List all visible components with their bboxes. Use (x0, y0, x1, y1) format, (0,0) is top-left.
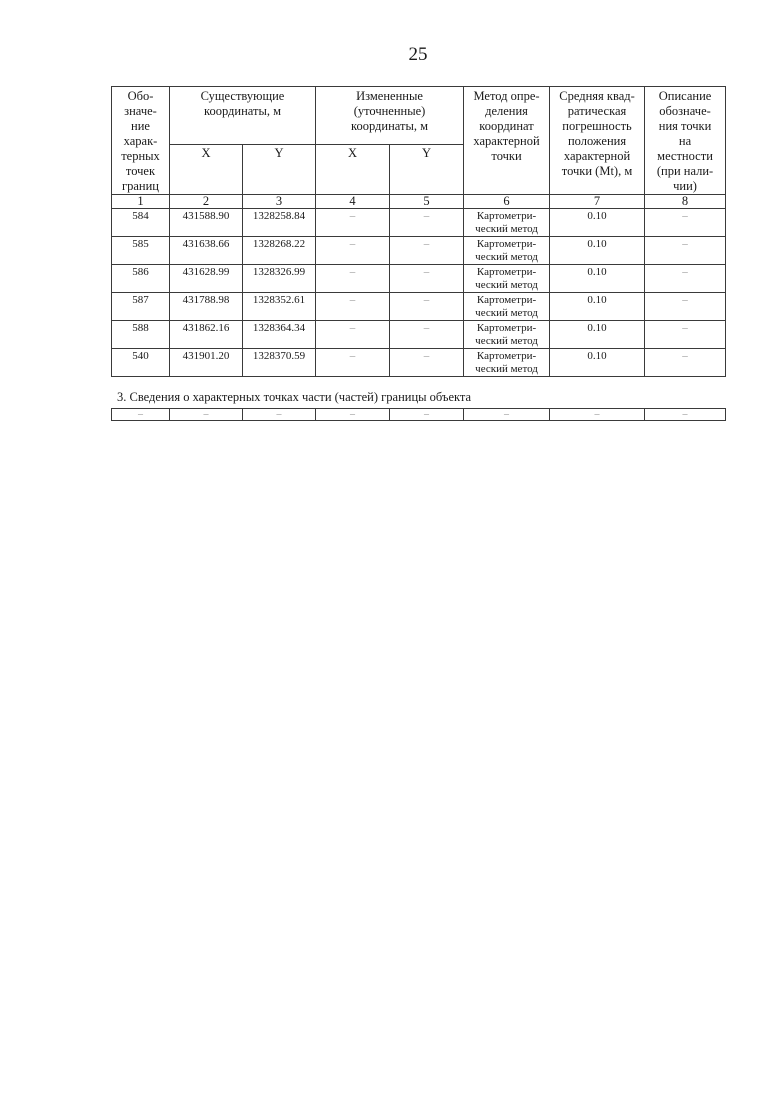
cell-changed-y: – (390, 293, 464, 321)
cell-point-id: 588 (112, 321, 170, 349)
header-description: Описание обозначе- ния точки на местност… (645, 87, 726, 195)
empty-cell: – (645, 409, 726, 421)
cell-changed-x: – (316, 321, 390, 349)
cell-mean-error: 0.10 (550, 349, 645, 377)
cell-changed-x: – (316, 293, 390, 321)
cell-description: – (645, 265, 726, 293)
cell-changed-y: – (390, 321, 464, 349)
cell-mean-error: 0.10 (550, 321, 645, 349)
cell-existing-y: 1328258.84 (243, 209, 316, 237)
cell-point-id: 587 (112, 293, 170, 321)
table-row: 587431788.981328352.61––Картометри- ческ… (112, 293, 726, 321)
cell-description: – (645, 237, 726, 265)
table-row: 588431862.161328364.34––Картометри- ческ… (112, 321, 726, 349)
cell-existing-x: 431628.99 (170, 265, 243, 293)
cell-existing-y: 1328370.59 (243, 349, 316, 377)
cell-method: Картометри- ческий метод (464, 237, 550, 265)
empty-cell: – (550, 409, 645, 421)
header-existing-y: Y (243, 144, 316, 194)
cell-mean-error: 0.10 (550, 265, 645, 293)
column-number: 3 (243, 195, 316, 209)
cell-method: Картометри- ческий метод (464, 265, 550, 293)
cell-method: Картометри- ческий метод (464, 293, 550, 321)
cell-existing-x: 431588.90 (170, 209, 243, 237)
cell-existing-x: 431638.66 (170, 237, 243, 265)
cell-changed-y: – (390, 237, 464, 265)
table-row: 586431628.991328326.99––Картометри- ческ… (112, 265, 726, 293)
cell-method: Картометри- ческий метод (464, 321, 550, 349)
header-changed-x: X (316, 144, 390, 194)
cell-point-id: 585 (112, 237, 170, 265)
cell-existing-y: 1328352.61 (243, 293, 316, 321)
column-number: 6 (464, 195, 550, 209)
header-changed-y: Y (390, 144, 464, 194)
header-changed-coordinates: Измененные (уточненные) координаты, м (316, 87, 464, 145)
cell-existing-y: 1328268.22 (243, 237, 316, 265)
empty-cell: – (112, 409, 170, 421)
column-numbers-row: 1 2 3 4 5 6 7 8 (112, 195, 726, 209)
boundary-points-table: Обо- значе- ние харак- терных точек гран… (111, 86, 726, 377)
cell-changed-x: – (316, 349, 390, 377)
cell-description: – (645, 321, 726, 349)
cell-changed-x: – (316, 237, 390, 265)
table-row: 585431638.661328268.22––Картометри- ческ… (112, 237, 726, 265)
column-number: 1 (112, 195, 170, 209)
part-boundary-points-table: – – – – – – – – (111, 408, 726, 421)
table-row: 540431901.201328370.59––Картометри- ческ… (112, 349, 726, 377)
table-row: – – – – – – – – (112, 409, 726, 421)
empty-cell: – (316, 409, 390, 421)
cell-description: – (645, 209, 726, 237)
cell-method: Картометри- ческий метод (464, 209, 550, 237)
cell-description: – (645, 349, 726, 377)
cell-existing-x: 431901.20 (170, 349, 243, 377)
header-method: Метод опре- деления координат характерно… (464, 87, 550, 195)
empty-cell: – (390, 409, 464, 421)
cell-changed-y: – (390, 349, 464, 377)
cell-existing-x: 431788.98 (170, 293, 243, 321)
table-row: 584431588.901328258.84––Картометри- ческ… (112, 209, 726, 237)
column-number: 5 (390, 195, 464, 209)
empty-cell: – (243, 409, 316, 421)
cell-existing-y: 1328326.99 (243, 265, 316, 293)
cell-mean-error: 0.10 (550, 237, 645, 265)
empty-cell: – (464, 409, 550, 421)
cell-existing-y: 1328364.34 (243, 321, 316, 349)
section-3-title: 3. Сведения о характерных точках части (… (117, 390, 471, 405)
cell-changed-x: – (316, 209, 390, 237)
cell-mean-error: 0.10 (550, 209, 645, 237)
cell-point-id: 584 (112, 209, 170, 237)
page-number: 25 (0, 44, 780, 66)
cell-description: – (645, 293, 726, 321)
cell-existing-x: 431862.16 (170, 321, 243, 349)
header-point-designation: Обо- значе- ние харак- терных точек гран… (112, 87, 170, 195)
cell-changed-y: – (390, 265, 464, 293)
column-number: 8 (645, 195, 726, 209)
cell-changed-x: – (316, 265, 390, 293)
column-number: 7 (550, 195, 645, 209)
cell-method: Картометри- ческий метод (464, 349, 550, 377)
column-number: 4 (316, 195, 390, 209)
header-existing-coordinates: Существующие координаты, м (170, 87, 316, 145)
header-existing-x: X (170, 144, 243, 194)
cell-changed-y: – (390, 209, 464, 237)
empty-cell: – (170, 409, 243, 421)
cell-mean-error: 0.10 (550, 293, 645, 321)
cell-point-id: 540 (112, 349, 170, 377)
header-mean-error: Средняя квад- ратическая погрешность пол… (550, 87, 645, 195)
cell-point-id: 586 (112, 265, 170, 293)
column-number: 2 (170, 195, 243, 209)
